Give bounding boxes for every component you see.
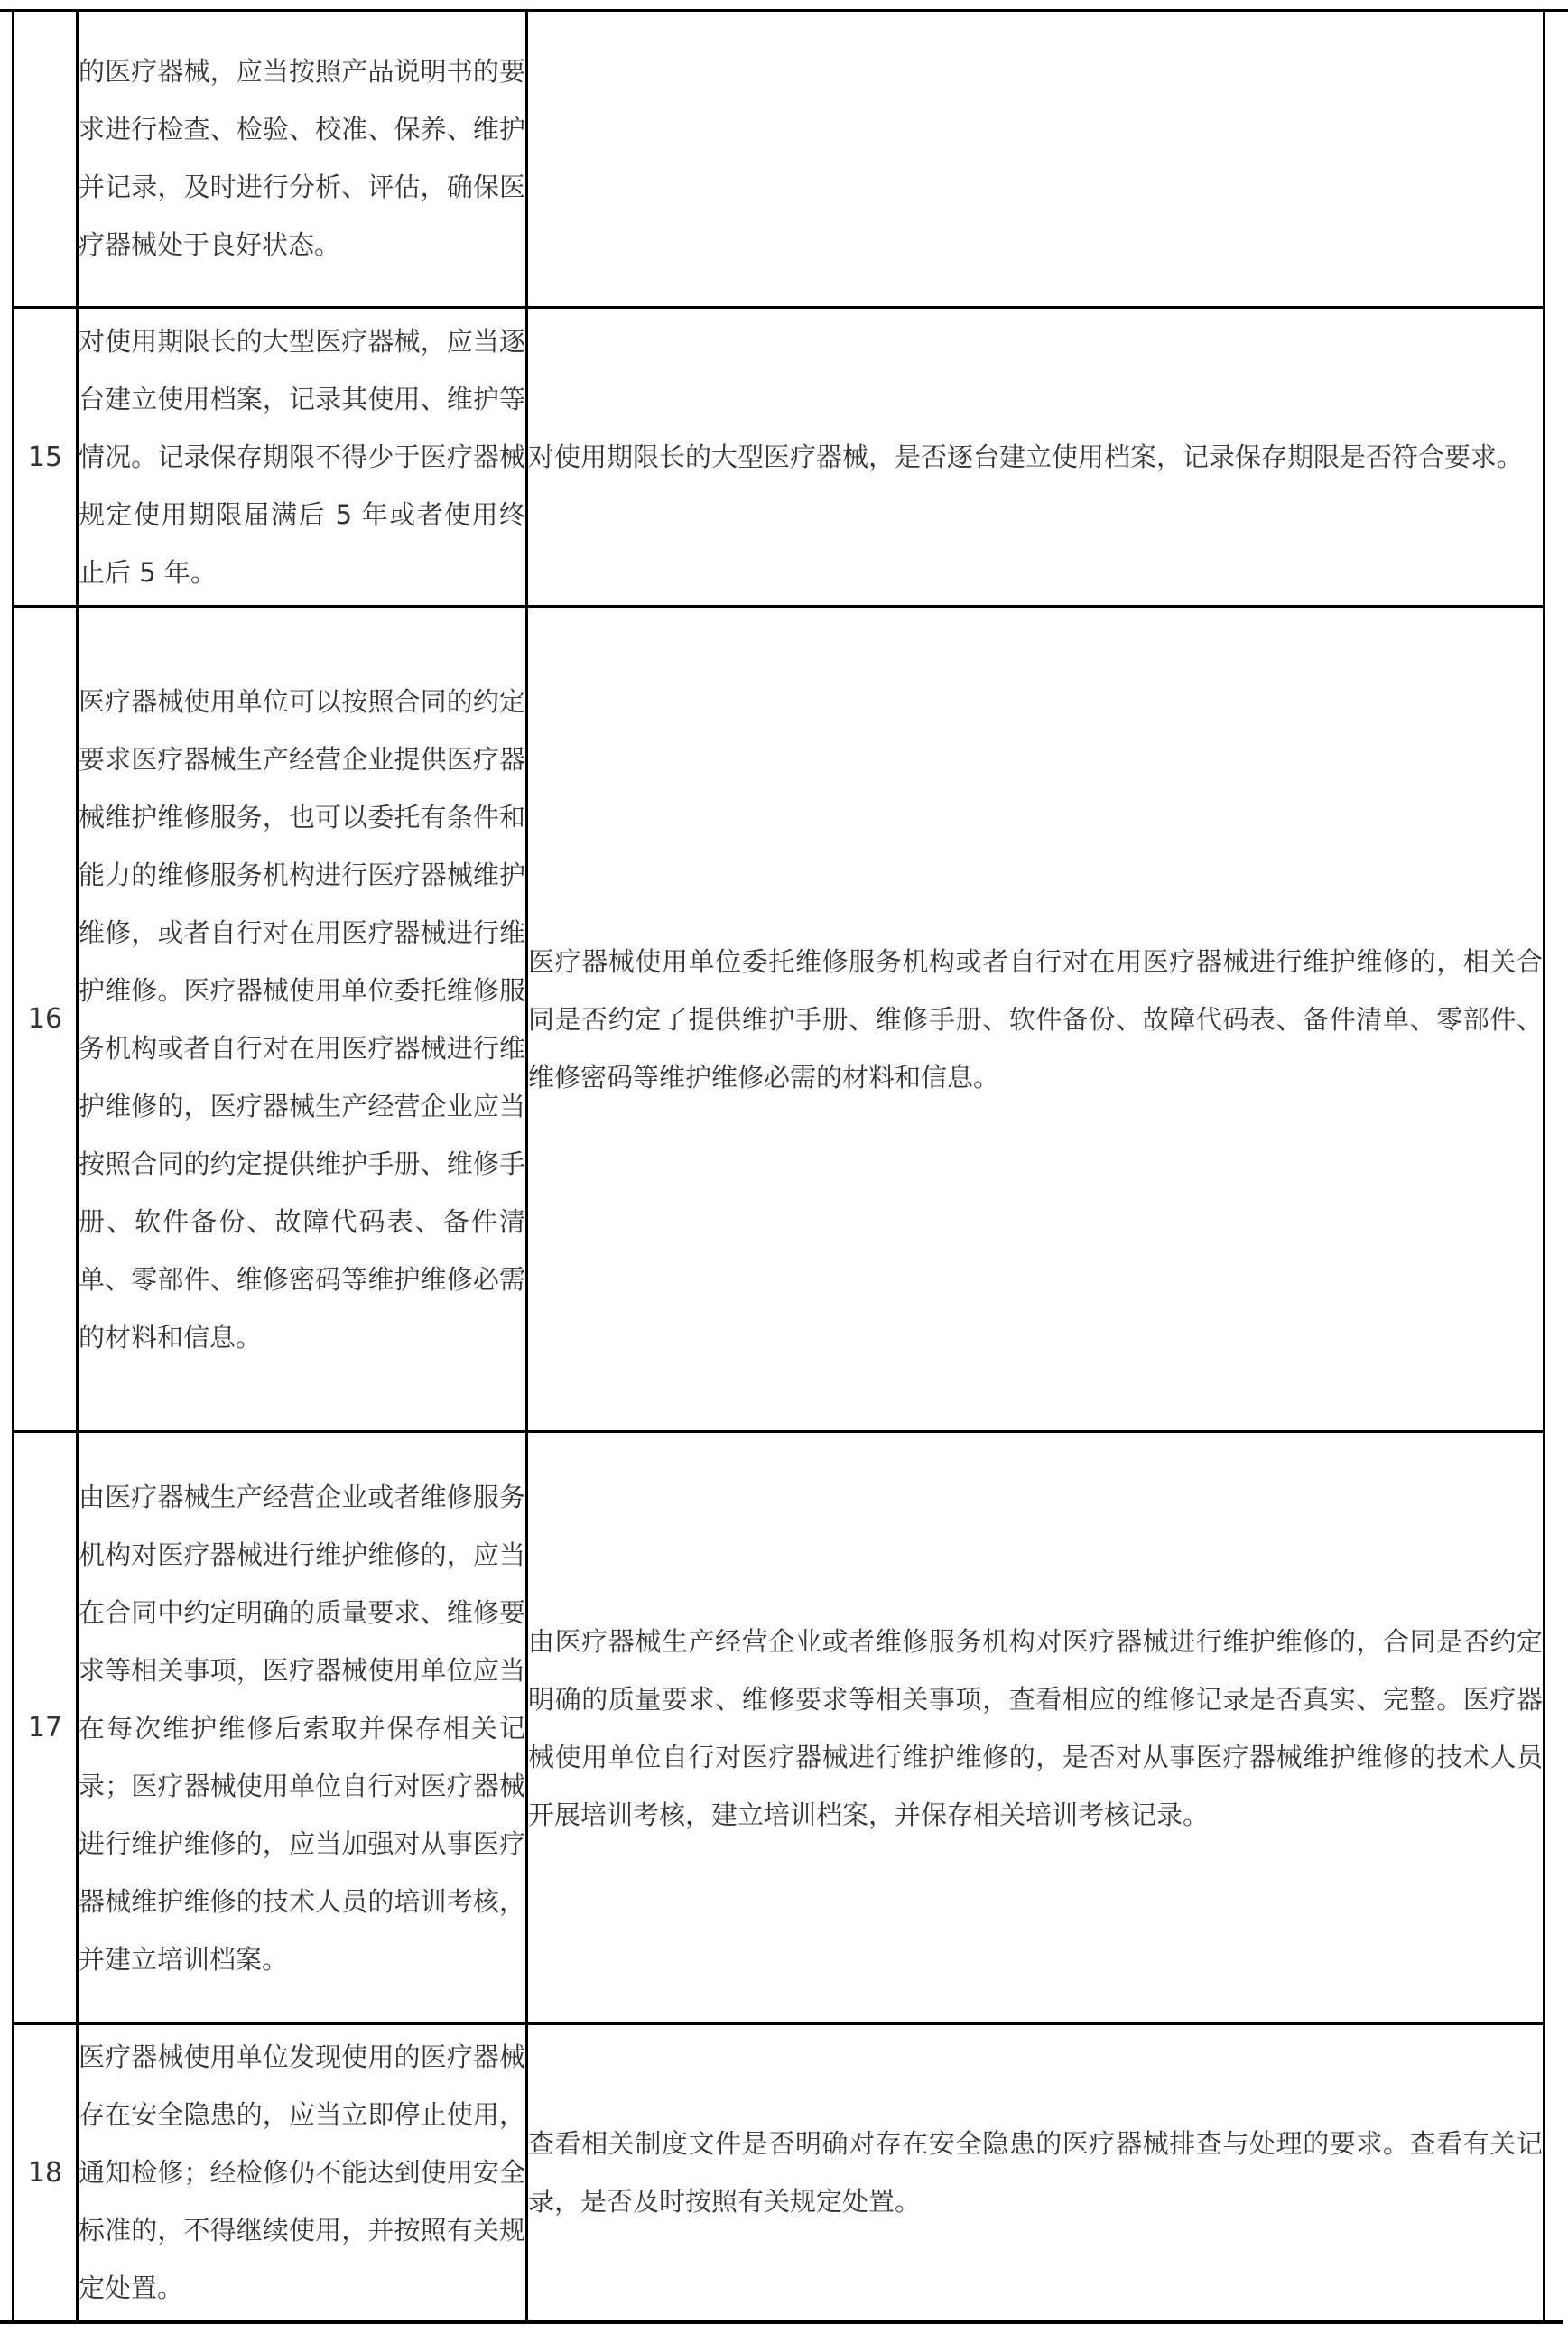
row-number: 15 xyxy=(14,308,78,607)
row-number: 16 xyxy=(14,607,78,1432)
row-number: 18 xyxy=(14,2024,78,2320)
check-point-text: 由医疗器械生产经营企业或者维修服务机构对医疗器械进行维护维修的，合同是否约定明确… xyxy=(527,1432,1545,2024)
clause-text: 医疗器械使用单位可以按照合同的约定要求医疗器械生产经营企业提供医疗器械维护维修服… xyxy=(78,607,527,1432)
clause-text: 由医疗器械生产经营企业或者维修服务机构对医疗器械进行维护维修的，应当在合同中约定… xyxy=(78,1432,527,2024)
clause-text: 医疗器械使用单位发现使用的医疗器械存在安全隐患的，应当立即停止使用，通知检修；经… xyxy=(78,2024,527,2320)
row-number: 17 xyxy=(14,1432,78,2024)
check-point-text: 查看相关制度文件是否明确对存在安全隐患的医疗器械排查与处理的要求。查看有关记录，… xyxy=(527,2024,1545,2320)
clause-text: 的医疗器械，应当按照产品说明书的要求进行检查、检验、校准、保养、维护并记录，及时… xyxy=(78,10,527,308)
inspection-table: 的医疗器械，应当按照产品说明书的要求进行检查、检验、校准、保养、维护并记录，及时… xyxy=(12,10,1545,2320)
table-row: 的医疗器械，应当按照产品说明书的要求进行检查、检验、校准、保养、维护并记录，及时… xyxy=(14,10,1545,308)
row-number xyxy=(14,10,78,308)
table-row: 16 医疗器械使用单位可以按照合同的约定要求医疗器械生产经营企业提供医疗器械维护… xyxy=(14,607,1545,1432)
clause-text: 对使用期限长的大型医疗器械，应当逐台建立使用档案，记录其使用、维护等情况。记录保… xyxy=(78,308,527,607)
check-point-text: 医疗器械使用单位委托维修服务机构或者自行对在用医疗器械进行维护维修的，相关合同是… xyxy=(527,607,1545,1432)
table-row: 17 由医疗器械生产经营企业或者维修服务机构对医疗器械进行维护维修的，应当在合同… xyxy=(14,1432,1545,2024)
table-row: 15 对使用期限长的大型医疗器械，应当逐台建立使用档案，记录其使用、维护等情况。… xyxy=(14,308,1545,607)
table-row: 18 医疗器械使用单位发现使用的医疗器械存在安全隐患的，应当立即停止使用，通知检… xyxy=(14,2024,1545,2320)
bottom-rule xyxy=(0,2320,1563,2324)
check-point-text xyxy=(527,10,1545,308)
check-point-text: 对使用期限长的大型医疗器械，是否逐台建立使用档案，记录保存期限是否符合要求。 xyxy=(527,308,1545,607)
